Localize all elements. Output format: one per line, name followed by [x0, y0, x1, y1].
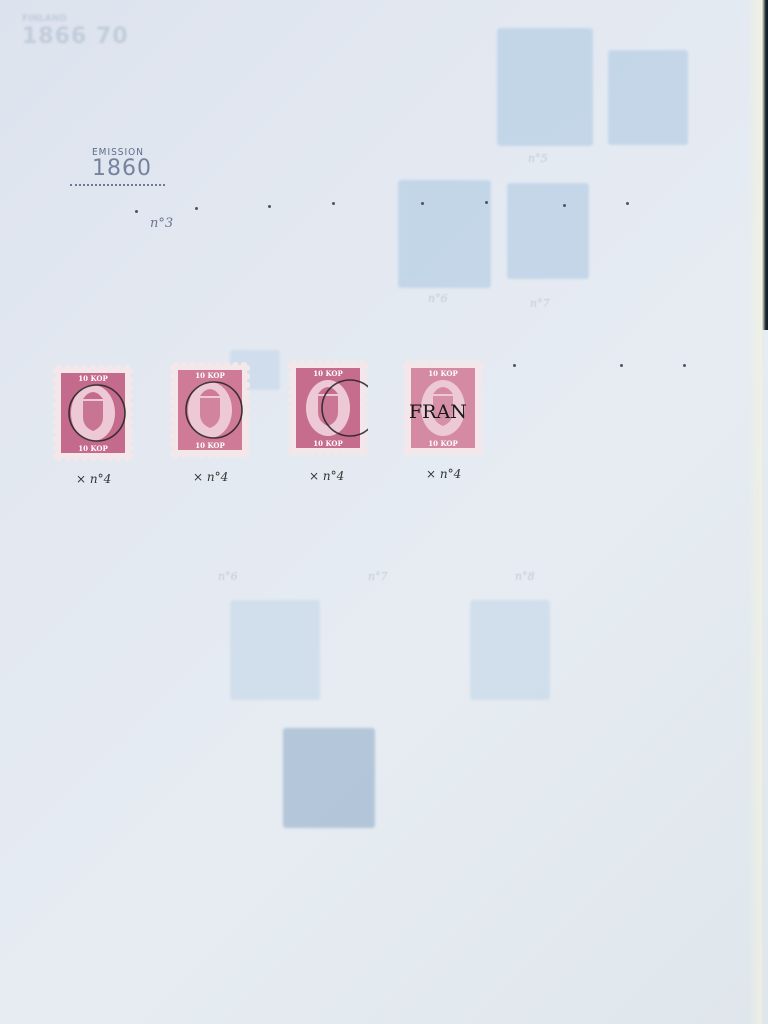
marker-dot: [421, 202, 424, 205]
album-binding-edge: [762, 0, 768, 330]
svg-text:10 KOP: 10 KOP: [313, 439, 343, 448]
stamp-3: 10 KOP10 KOP: [288, 360, 368, 456]
ghost-caption: n°8: [515, 570, 535, 583]
svg-text:10 KOP: 10 KOP: [78, 444, 108, 453]
ghost-stamp: [497, 28, 593, 146]
marker-dot: [563, 204, 566, 207]
marker-dot: [195, 207, 198, 210]
ghost-stamp: [507, 183, 589, 279]
faint-header: FINLAND 1866 70: [22, 14, 129, 49]
ghost-caption: n°7: [368, 570, 388, 583]
stamp-4: 10 KOP10 KOPFRAN: [403, 360, 483, 456]
marker-dot: [332, 202, 335, 205]
svg-text:10 KOP: 10 KOP: [428, 439, 458, 448]
marker-dot: [485, 201, 488, 204]
marker-dot: [683, 364, 686, 367]
marker-dot: [513, 364, 516, 367]
svg-text:10 KOP: 10 KOP: [195, 441, 225, 450]
ghost-stamp: [470, 600, 550, 700]
row-note: n°3: [150, 216, 173, 231]
ghost-caption: n°5: [528, 152, 548, 165]
svg-text:10 KOP: 10 KOP: [428, 369, 458, 378]
stamp-caption: × n°4: [309, 469, 344, 483]
ghost-caption: n°6: [218, 570, 238, 583]
faint-header-small: FINLAND: [22, 14, 129, 24]
marker-dot: [620, 364, 623, 367]
svg-text:10 KOP: 10 KOP: [195, 371, 225, 380]
stamp-caption: × n°4: [76, 472, 111, 486]
stamp-caption: × n°4: [193, 470, 228, 484]
ghost-caption: n°6: [428, 292, 448, 305]
page-shadow: [748, 0, 762, 1024]
svg-text:FRAN: FRAN: [409, 401, 467, 423]
marker-dot: [626, 202, 629, 205]
marker-dot: [268, 205, 271, 208]
emission-year: 1860: [92, 156, 152, 181]
ghost-stamp: [608, 50, 688, 145]
svg-text:10 KOP: 10 KOP: [313, 369, 343, 378]
stamp-caption: × n°4: [426, 467, 461, 481]
marker-dot: [135, 210, 138, 213]
ghost-stamp: [283, 728, 375, 828]
faint-header-year: 1866 70: [22, 24, 129, 49]
svg-text:10 KOP: 10 KOP: [78, 374, 108, 383]
emission-heading: EMISSION 1860: [92, 147, 152, 181]
stamp-1: 10 KOP10 KOP: [53, 365, 133, 461]
ghost-caption: n°7: [530, 297, 550, 310]
stamp-2: 10 KOP10 KOP: [170, 362, 250, 458]
dotted-rule: [70, 184, 165, 186]
ghost-stamp: [398, 180, 491, 288]
ghost-stamp: [230, 600, 320, 700]
stamp-album-page: FINLAND 1866 70 n°5 n°6 n°7 n°6 n°7 n°8 …: [0, 0, 768, 1024]
